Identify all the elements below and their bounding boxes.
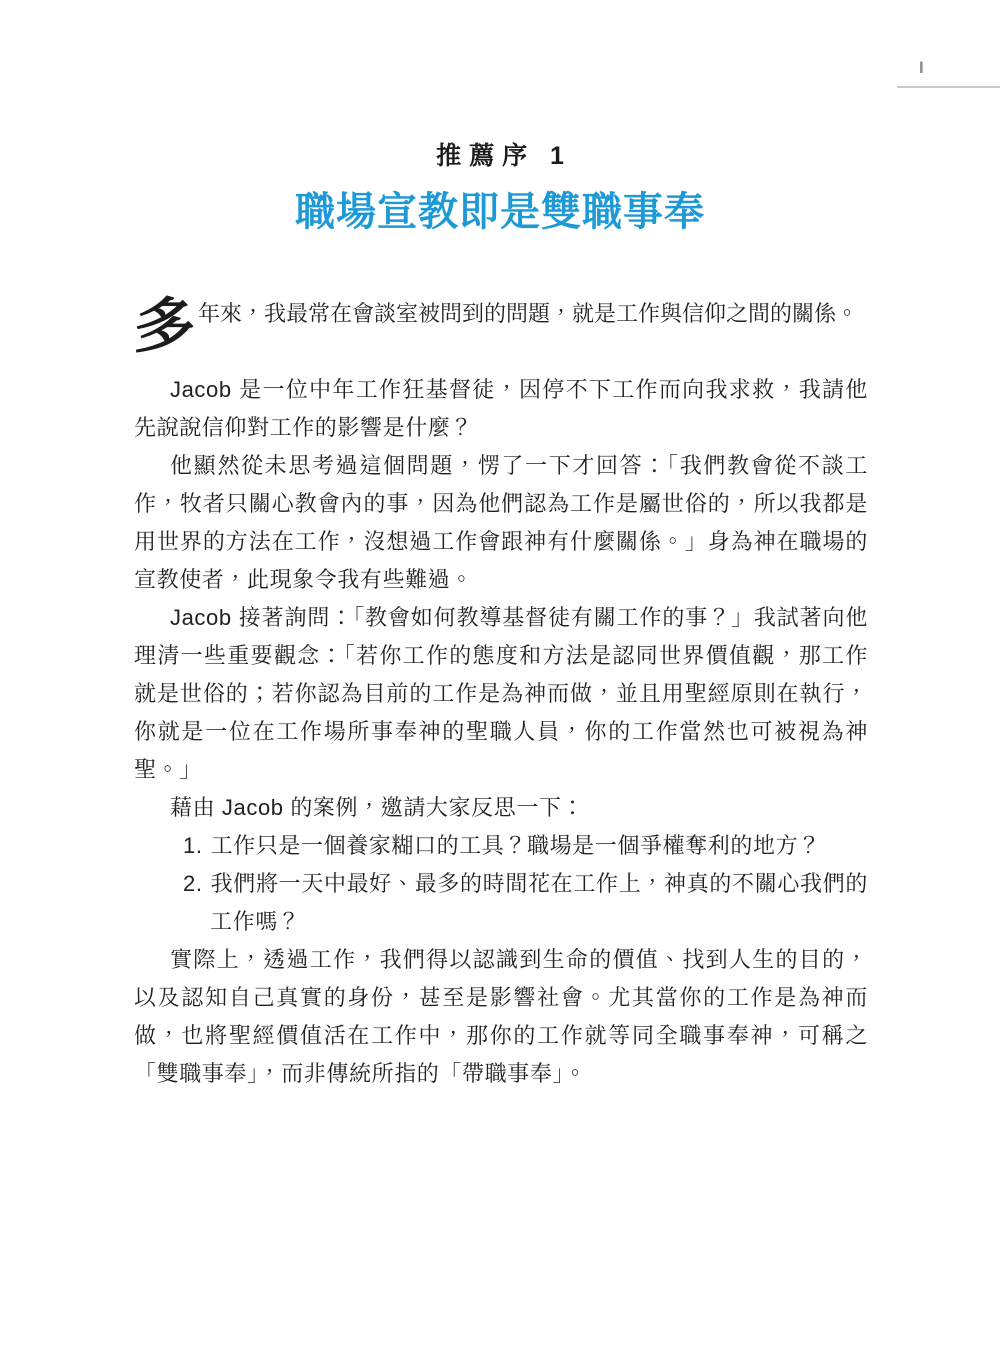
- body-text: 多年來，我最常在會談室被問到的問題，就是工作與信仰之間的關係。 Jacob 是一…: [134, 295, 868, 1093]
- list-item-text: 我們將一天中最好、最多的時間花在工作上，神真的不關心我們的工作嗎？: [210, 871, 868, 934]
- list-item: 1.工作只是一個養家糊口的工具？職場是一個爭權奪利的地方？: [134, 827, 868, 865]
- list-number: 2.: [183, 871, 203, 896]
- paragraph-text: 年來，我最常在會談室被問到的問題，就是工作與信仰之間的關係。: [198, 301, 858, 326]
- paragraph-closing: 實際上，透過工作，我們得以認識到生命的價值、找到人生的目的，以及認知自己真實的身…: [134, 941, 868, 1093]
- paragraph: 他顯然從未思考過這個問題，愣了一下才回答：「我們教會從不談工作，牧者只關心教會內…: [134, 447, 868, 599]
- book-page: I 推薦序 1 職場宣教即是雙職事奉 多年來，我最常在會談室被問到的問題，就是工…: [0, 0, 1000, 1349]
- paragraph: Jacob 接著詢問：「教會如何教導基督徒有關工作的事？」我試著向他理清一些重要…: [134, 599, 868, 789]
- paragraph-opening: 多年來，我最常在會談室被問到的問題，就是工作與信仰之間的關係。: [134, 295, 868, 371]
- list-number: 1.: [183, 833, 203, 858]
- section-kicker: 推薦序 1: [0, 141, 1000, 171]
- chapter-title: 職場宣教即是雙職事奉: [0, 186, 1000, 238]
- paragraph: 藉由 Jacob 的案例，邀請大家反思一下：: [134, 789, 868, 827]
- drop-cap: 多: [129, 295, 195, 369]
- page-header-mark: I: [919, 59, 924, 76]
- list-item: 2.我們將一天中最好、最多的時間花在工作上，神真的不關心我們的工作嗎？: [134, 865, 868, 941]
- paragraph: Jacob 是一位中年工作狂基督徒，因停不下工作而向我求救，我請他先說說信仰對工…: [134, 371, 868, 447]
- header-rule: [897, 86, 1000, 88]
- list-item-text: 工作只是一個養家糊口的工具？職場是一個爭權奪利的地方？: [211, 833, 821, 858]
